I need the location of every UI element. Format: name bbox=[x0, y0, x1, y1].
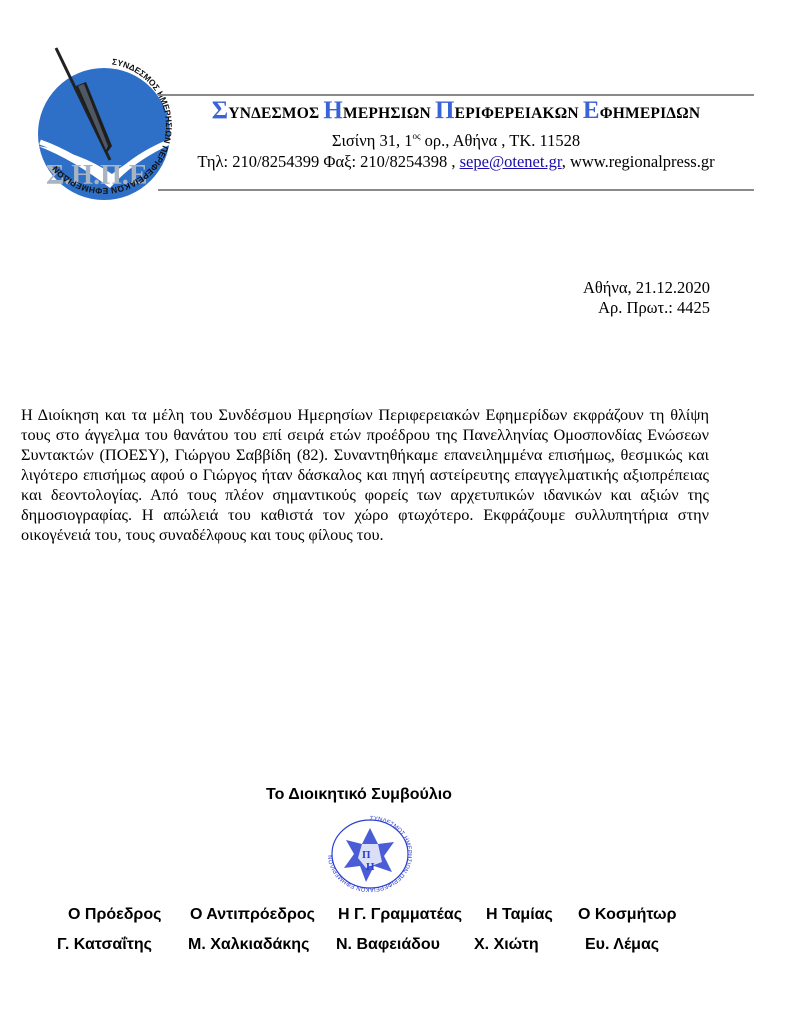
letterhead: ΣΥΝΔΕΣΜΟΣ ΗΜΕΡΗΣΙΩΝ ΠΕΡΙΦΕΡΕΙΑΚΩΝ ΕΦΗΜΕΡ… bbox=[158, 100, 754, 173]
svg-text:Π: Π bbox=[362, 849, 371, 861]
org-name-word: ΜΕΡΗΣΙΩΝ bbox=[343, 105, 435, 122]
name-vice-president: Μ. Χαλκιαδάκης bbox=[188, 936, 309, 954]
org-name-word: ΥΝΔΕΣΜΟΣ bbox=[228, 105, 323, 122]
role-general-secretary: Η Γ. Γραμματέας bbox=[338, 906, 462, 924]
org-name-initial: Π bbox=[435, 97, 455, 124]
org-name-word: ΦΗΜΕΡΙΔΩΝ bbox=[600, 105, 701, 122]
header-rule-bottom bbox=[158, 189, 754, 191]
email-link[interactable]: sepe@otenet.gr bbox=[460, 152, 562, 171]
role-treasurer: Η Ταμίας bbox=[486, 906, 553, 924]
role-president: Ο Πρόεδρος bbox=[68, 906, 161, 924]
org-name-initial: Ε bbox=[583, 97, 600, 124]
organization-name: ΣΥΝΔΕΣΜΟΣ ΗΜΕΡΗΣΙΩΝ ΠΕΡΙΦΕΡΕΙΑΚΩΝ ΕΦΗΜΕΡ… bbox=[158, 100, 754, 125]
organization-contact: Τηλ: 210/8254399 Φαξ: 210/8254398 , sepe… bbox=[158, 151, 754, 173]
organization-address: Σισίνη 31, 1ος ορ., Αθήνα , ΤΚ. 11528 bbox=[158, 126, 754, 151]
body-paragraph: Η Διοίκηση και τα μέλη του Συνδέσμου Ημε… bbox=[21, 405, 709, 545]
name-general-secretary: Ν. Βαφειάδου bbox=[336, 936, 440, 954]
org-name-initial: Η bbox=[323, 97, 343, 124]
name-president: Γ. Κατσαΐτης bbox=[57, 936, 152, 954]
name-steward: Ευ. Λέμας bbox=[585, 936, 659, 954]
signatory-names-row: Γ. Κατσαΐτης Μ. Χαλκιαδάκης Ν. Βαφειάδου… bbox=[0, 936, 800, 958]
name-treasurer: Χ. Χιώτη bbox=[474, 936, 539, 954]
role-steward: Ο Κοσμήτωρ bbox=[578, 906, 676, 924]
header-rule-top bbox=[158, 94, 754, 96]
board-title: Το Διοικητικό Συμβούλιο bbox=[266, 786, 452, 804]
official-seal-icon: ΣΥΝΔΕΣΜΟΣ ΗΜΕΡΗΣΙΩΝ ΠΕΡΙΦΕΡΕΙΑΚΩΝ ΕΦΗΜΕΡ… bbox=[322, 812, 418, 896]
letter-body: Η Διοίκηση και τα μέλη του Συνδέσμου Ημε… bbox=[21, 405, 709, 545]
svg-text:Η: Η bbox=[366, 861, 375, 873]
role-vice-president: Ο Αντιπρόεδρος bbox=[190, 906, 315, 924]
org-name-initial: Σ bbox=[212, 97, 229, 124]
date-line: Αθήνα, 21.12.2020 bbox=[583, 278, 710, 298]
date-block: Αθήνα, 21.12.2020 Αρ. Πρωτ.: 4425 bbox=[583, 278, 710, 318]
signatory-roles-row: Ο Πρόεδρος Ο Αντιπρόεδρος Η Γ. Γραμματέα… bbox=[0, 906, 800, 928]
org-name-word: ΕΡΙΦΕΡΕΙΑΚΩΝ bbox=[455, 105, 583, 122]
protocol-number: Αρ. Πρωτ.: 4425 bbox=[583, 298, 710, 318]
